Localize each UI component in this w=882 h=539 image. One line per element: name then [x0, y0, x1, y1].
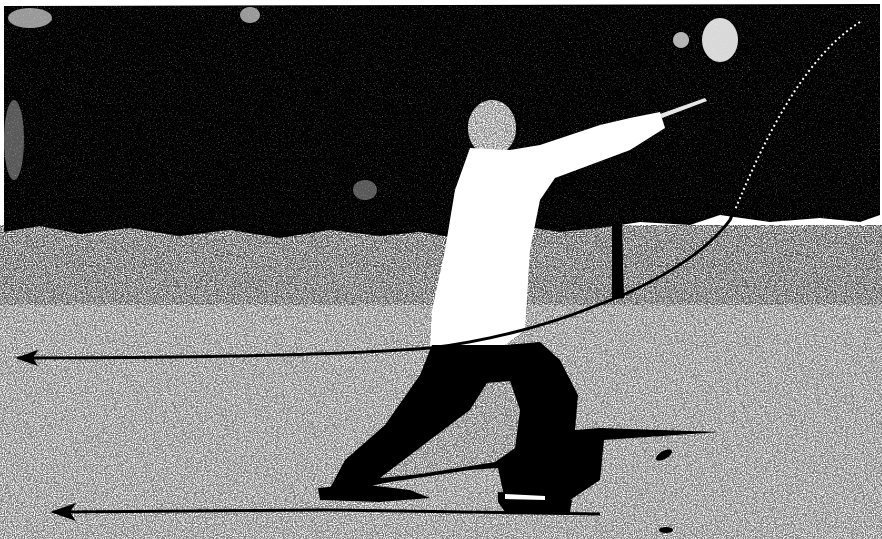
- martial-arts-photo: [0, 0, 882, 539]
